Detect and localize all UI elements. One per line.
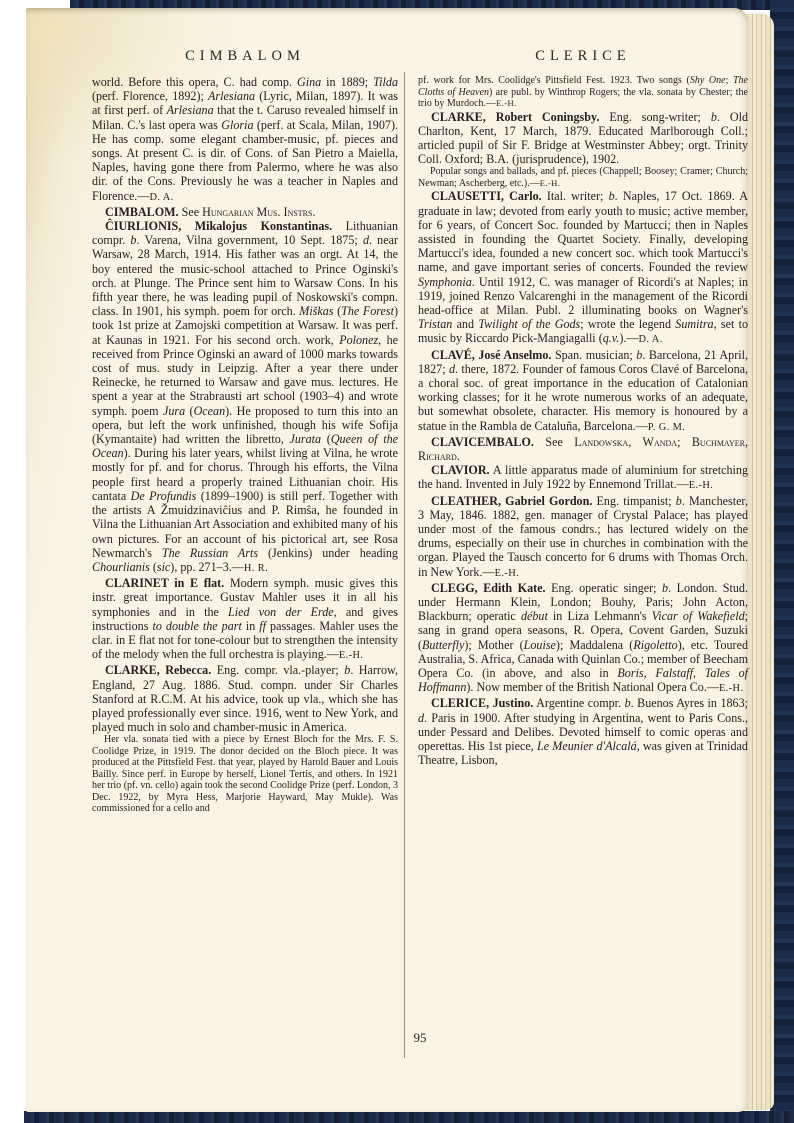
small-print-paragraph: Her vla. sonata tied with a piece by Ern…	[92, 734, 398, 815]
entry-paragraph: CIMBALOM. See Hungarian Mus. Instrs.	[92, 205, 398, 219]
scanned-book-page: { "page": { "left_running_head": "CIMBAL…	[0, 0, 794, 1123]
entry-paragraph: CLARKE, Robert Coningsby. Eng. song-writ…	[418, 110, 748, 167]
entry-paragraph: CLARINET in E flat. Modern symph. music …	[92, 576, 398, 663]
running-head-left: CIMBALOM	[92, 48, 398, 66]
entry-paragraph: CLEGG, Edith Kate. Eng. operatic singer;…	[418, 581, 748, 697]
entry-paragraph: CLERICE, Justino. Argentine compr. b. Bu…	[418, 696, 748, 767]
entry-paragraph: CLARKE, Rebecca. Eng. compr. vla.-player…	[92, 663, 398, 734]
continuation-paragraph: world. Before this opera, C. had comp. G…	[92, 75, 398, 205]
entry-paragraph: CLAVÉ, José Anselmo. Span. musician; b. …	[418, 348, 748, 435]
column-divider-rule	[404, 72, 405, 1058]
page-number: 95	[92, 1030, 748, 1046]
entry-paragraph: CLAVIOR. A little apparatus made of alum…	[418, 463, 748, 493]
entry-paragraph: CLAVICEMBALO. See Landowska, Wanda; Buch…	[418, 435, 748, 463]
stacked-page-edges	[744, 14, 774, 1110]
running-head-right: CLERICE	[418, 48, 748, 66]
book-cover-bottom-edge	[24, 1111, 794, 1123]
book-page: CIMBALOM CLERICE world. Before this oper…	[26, 8, 748, 1112]
left-text-column: world. Before this opera, C. had comp. G…	[92, 75, 398, 815]
right-text-column: pf. work for Mrs. Coolidge's Pittsfield …	[418, 75, 748, 767]
entry-paragraph: ĈIURLIONIS, Mikalojus Konstantinas. Lith…	[92, 219, 398, 576]
entry-paragraph: CLEATHER, Gabriel Gordon. Eng. timpanist…	[418, 494, 748, 581]
entry-paragraph: CLAUSETTI, Carlo. Ital. writer; b. Naple…	[418, 189, 748, 347]
small-print-paragraph: Popular songs and ballads, and pf. piece…	[418, 166, 748, 189]
small-print-paragraph: pf. work for Mrs. Coolidge's Pittsfield …	[418, 75, 748, 110]
